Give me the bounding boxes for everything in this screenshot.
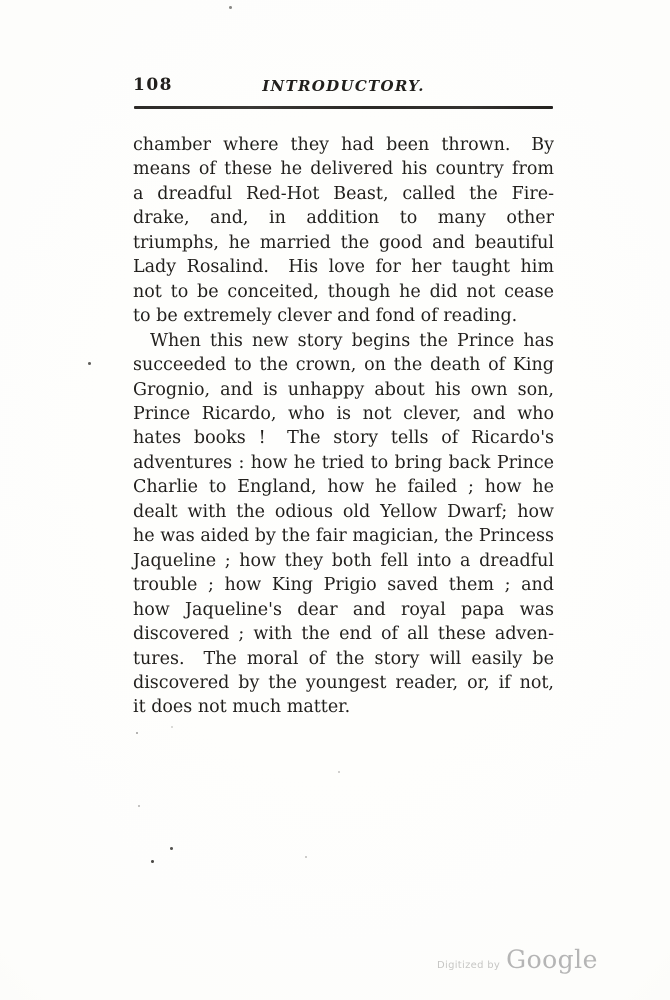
- text-line: When this new story begins the Prince ha…: [133, 329, 554, 353]
- running-head: INTRODUCTORY.: [133, 77, 554, 95]
- text-line: a dreadful Red-Hot Beast, called the Fir…: [133, 182, 554, 206]
- text-line: how Jaqueline's dear and royal papa was: [133, 598, 554, 622]
- ink-speck: [136, 732, 138, 734]
- ink-speck: [88, 362, 91, 365]
- ink-speck: [305, 856, 307, 858]
- text-line: trouble ; how King Prigio saved them ; a…: [133, 573, 554, 597]
- ink-speck: [170, 847, 173, 850]
- watermark-prefix-text: Digitized by: [437, 960, 500, 971]
- ink-speck: [338, 771, 340, 773]
- book-page: 108 INTRODUCTORY. chamber where they had…: [0, 0, 670, 1000]
- text-line: means of these he delivered his country …: [133, 157, 554, 181]
- ink-speck: [151, 860, 154, 863]
- digitized-watermark: Digitized by Google: [437, 945, 598, 974]
- text-line: it does not much matter.: [133, 695, 554, 719]
- text-line: drake, and, in addition to many other: [133, 206, 554, 230]
- text-line: tures. The moral of the story will easil…: [133, 647, 554, 671]
- text-line: chamber where they had been thrown. By: [133, 133, 554, 157]
- text-line: Prince Ricardo, who is not clever, and w…: [133, 402, 554, 426]
- text-line: Jaqueline ; how they both fell into a dr…: [133, 549, 554, 573]
- text-line: he was aided by the fair magician, the P…: [133, 524, 554, 548]
- ink-speck: [138, 805, 140, 807]
- text-line: not to be conceited, though he did not c…: [133, 280, 554, 304]
- text-line: hates books ! The story tells of Ricardo…: [133, 426, 554, 450]
- text-line: succeeded to the crown, on the death of …: [133, 353, 554, 377]
- text-line: Lady Rosalind. His love for her taught h…: [133, 255, 554, 279]
- ink-speck: [171, 726, 173, 728]
- google-logo: Google: [506, 945, 598, 974]
- header-rule: [134, 106, 553, 109]
- text-line: discovered ; with the end of all these a…: [133, 622, 554, 646]
- body-text: chamber where they had been thrown. Byme…: [133, 133, 554, 720]
- text-line: dealt with the odious old Yellow Dwarf; …: [133, 500, 554, 524]
- text-line: discovered by the youngest reader, or, i…: [133, 671, 554, 695]
- text-line: Grognio, and is unhappy about his own so…: [133, 378, 554, 402]
- text-line: Charlie to England, how he failed ; how …: [133, 475, 554, 499]
- text-line: adventures : how he tried to bring back …: [133, 451, 554, 475]
- text-line: to be extremely clever and fond of readi…: [133, 304, 554, 328]
- ink-speck: [229, 6, 232, 9]
- text-line: triumphs, he married the good and beauti…: [133, 231, 554, 255]
